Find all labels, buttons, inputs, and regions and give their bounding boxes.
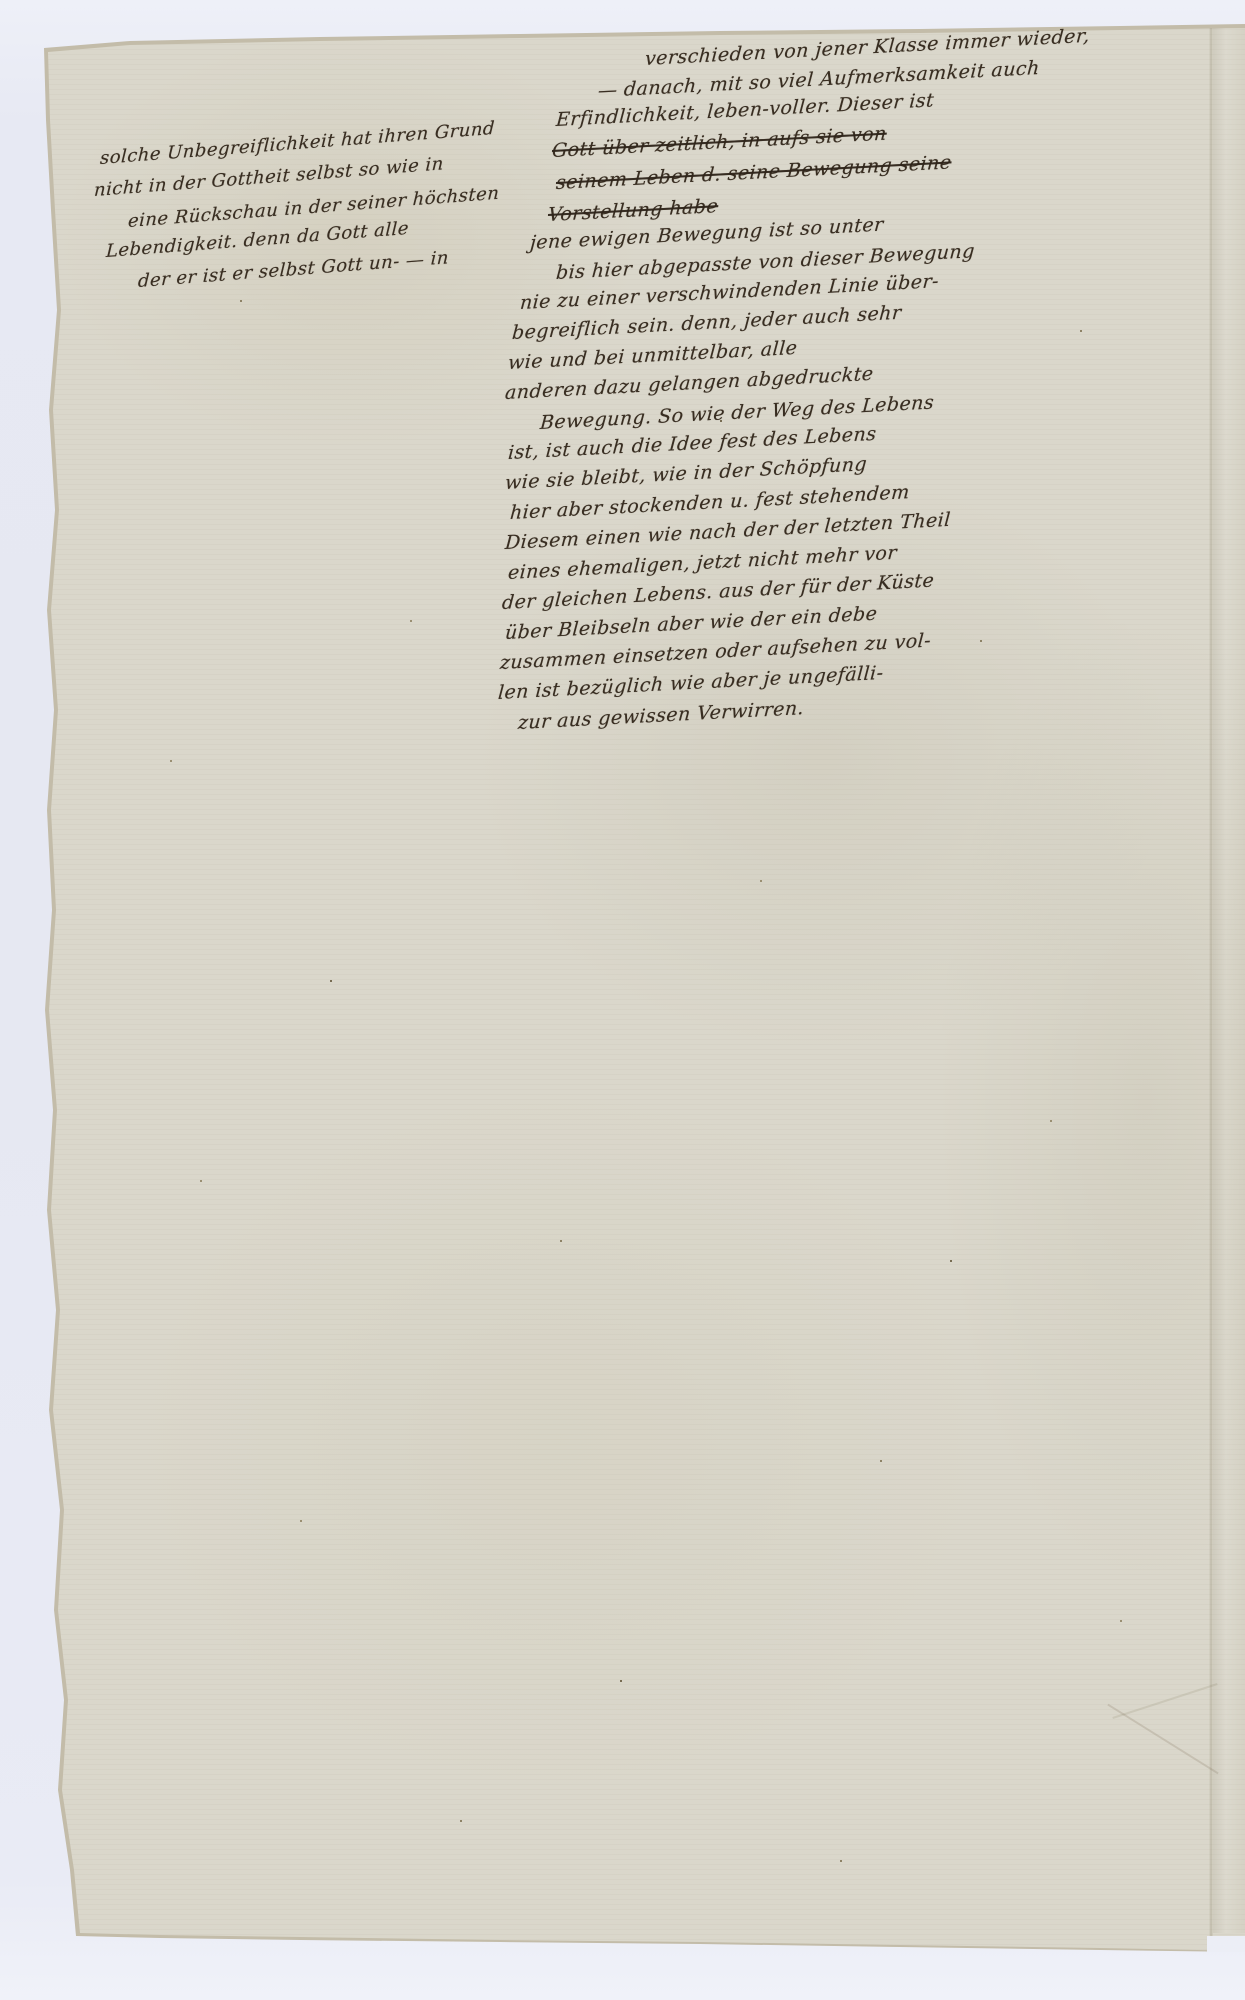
second-sheet-strip (1213, 28, 1245, 1933)
paper-specks (0, 0, 2, 2)
scan-background: solche Unbegreiflichkeit hat ihren Grund… (0, 0, 1245, 2000)
paper-corner-notch (1207, 1936, 1245, 1952)
